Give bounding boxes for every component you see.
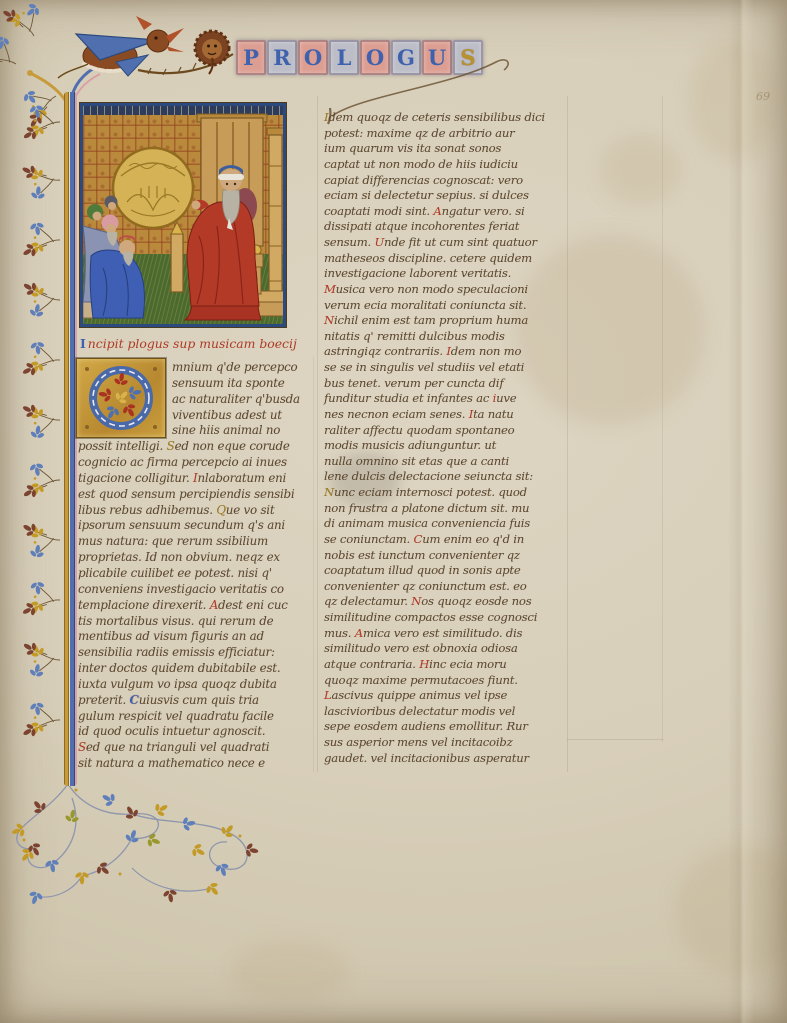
ivy-spray (18, 101, 62, 148)
text-line: tis mortalibus visus. qui rerum de (78, 614, 316, 630)
text-line: preterit. Cuiusvis cum quis tria (78, 693, 316, 709)
ruling-line (567, 739, 663, 740)
text-line: captat ut non modo de hiis iudiciu (324, 157, 572, 173)
title-prologus: PROLOGUS (236, 40, 483, 75)
text-line: matheseos discipline. cetere quidem (324, 251, 572, 267)
ivy-spray (0, 0, 49, 45)
bottom-flourish (10, 775, 260, 906)
text-line: gulum respicit vel quadratu facile (78, 709, 316, 725)
text-line: verum ecia moralitati coniuncta sit. (324, 298, 572, 314)
ivy-sprays (0, 0, 65, 746)
text-line: capiat differencias cognoscat: vero (324, 173, 572, 189)
text-column-right: Idem quoqz de ceteris sensibilibus dicip… (324, 110, 572, 766)
text-line: conveniens investigacio veritatis co (78, 582, 316, 598)
text-line: funditur studia et infantes ac iuve (324, 391, 572, 407)
border-bar (64, 92, 77, 786)
ruling-line (662, 96, 663, 742)
text-line: Sed que na trianguli vel quadrati (78, 740, 316, 756)
parchment-stain (230, 940, 350, 1000)
text-line: eciam si delectetur sepius. si dulces (324, 188, 572, 204)
text-line: se coniunctam. Cum enim eo q'd in (324, 532, 572, 548)
title-letter: P (236, 40, 266, 75)
title-letter: S (453, 40, 483, 75)
ivy-spray (18, 274, 62, 321)
ivy-spray (0, 27, 26, 84)
text-line: similitudo vero est obnoxia odiosa (324, 641, 572, 657)
ivy-spray (18, 698, 63, 746)
ivy-spray (17, 394, 63, 443)
text-line: Musica vero non modo speculacioni (324, 282, 572, 298)
miniature-boethius-teaching (80, 103, 286, 327)
text-line: investigacione laborent veritatis. (324, 266, 572, 282)
text-line: lene dulcis delectacione seiuncta sit: (324, 469, 572, 485)
ivy-spray (16, 155, 63, 205)
text-line: est quod sensum percipiendis sensibi (78, 487, 316, 503)
text-line: gaudet. vel incitacionibus asperatur (324, 751, 572, 767)
rubric-initial: I (80, 336, 86, 351)
text-line: tigacione colligitur. Inlaboratum eni (78, 471, 316, 487)
miniature-figures (83, 106, 283, 324)
text-line: mus. Amica vero est similitudo. dis (324, 626, 572, 642)
rubric-text: ncipit plogus sup musicam boecij (88, 336, 297, 351)
text-line: sensibilia radiis emissis efficiatur: (78, 645, 316, 661)
title-letter: O (360, 40, 390, 75)
text-line: atque contraria. Hinc ecia moru (324, 657, 572, 673)
parchment-stain (600, 135, 680, 205)
text-line: possit intelligi. Sed non eque corude (78, 439, 316, 455)
ruling-line (317, 96, 318, 772)
text-line: nitatis q' remitti dulcibus modis (324, 329, 572, 345)
text-line: proprietas. Id non obvium. neqz ex (78, 550, 316, 566)
text-line: di animam musica conveniencia fuis (324, 516, 572, 532)
text-line: qz delectamur. Nos quoqz eosde nos (324, 594, 572, 610)
text-line: sensum. Unde fit ut cum sint quatuor (324, 235, 572, 251)
text-line: sensuum ita sponte (172, 376, 316, 392)
text-line: non frustra a platone dictum sit. mu (324, 501, 572, 517)
text-line: lascivioribus delectatur modis vel (324, 704, 572, 720)
text-line: nobis est iunctum convenienter qz (324, 548, 572, 564)
dragon (58, 16, 233, 78)
page-crease (728, 0, 754, 1023)
text-line: quoqz maxime permutacoes fiunt. (324, 673, 572, 689)
text-line: bus tenet. verum per cuncta dif (324, 376, 572, 392)
text-line: viventibus adest ut (172, 408, 316, 424)
title-letter: G (391, 40, 421, 75)
text-line: Nunc eciam internosci potest. quod (324, 485, 572, 501)
text-line: id quod oculis intuetur agnoscit. (78, 724, 316, 740)
parchment-stain (675, 845, 787, 975)
ivy-spray (18, 218, 63, 266)
gold-disc (113, 148, 193, 228)
text-line: plicabile cuilibet ee potest. nisi q' (78, 566, 316, 582)
text-line: dissipati atque incohorentes feriat (324, 219, 572, 235)
manuscript-page: 69 (0, 0, 787, 1023)
text-line: inter doctos quidem dubitabile est. (78, 661, 316, 677)
text-line: nes necnon eciam senes. Ita natu (324, 407, 572, 423)
ivy-spray (15, 81, 65, 134)
text-line: mentibus ad visum figuris an ad (78, 629, 316, 645)
text-line: modis musicis adiunguntur. ut (324, 438, 572, 454)
ivy-spray (17, 576, 63, 625)
lion-mask-icon (195, 31, 229, 74)
text-line: Lascivus quippe animus vel ipse (324, 688, 572, 704)
folio-number: 69 (756, 90, 770, 103)
text-line: ac naturaliter q'busda (172, 392, 316, 408)
ivy-spray (18, 514, 63, 562)
text-line: potest: maxime qz de arbitrio aur (324, 126, 572, 142)
text-column-left: mnium q'de percepcosensuum ita sponteac … (78, 360, 316, 772)
text-line: cognicio ac firma percepcio ai inues (78, 455, 316, 471)
text-line: convenienter qz coniunctum est. eo (324, 579, 572, 595)
text-line: iuxta vulgum vo ipsa quoqz dubita (78, 677, 316, 693)
text-line: Idem quoqz de ceteris sensibilibus dici (324, 110, 572, 126)
text-line: ipsorum sensuum secundum q's ani (78, 518, 316, 534)
text-line: astringiqz contrariis. Idem non mo (324, 344, 572, 360)
rubric-incipit: Incipit plogus sup musicam boecij (80, 336, 297, 351)
text-line: se se in singulis vel studiis vel etati (324, 360, 572, 376)
text-line: sine hiis animal no (172, 423, 316, 439)
title-letter: L (329, 40, 359, 75)
text-line: libus rebus adhibemus. Que vo sit (78, 503, 316, 519)
text-line: raliter affectu quodam spontaneo (324, 423, 572, 439)
ivy-spray (18, 634, 62, 681)
text-line: sit natura a mathematico nece e (78, 756, 316, 772)
title-letter: O (298, 40, 328, 75)
text-line: sepe eosdem audiens emollitur. Rur (324, 719, 572, 735)
text-line: coaptatum illud quod in sonis apte (324, 563, 572, 579)
ivy-spray (17, 336, 63, 385)
text-line: similitudine compactos esse cognosci (324, 610, 572, 626)
text-line: ium quarum vis ita sonat sonos (324, 141, 572, 157)
title-letter: U (422, 40, 452, 75)
text-line: mus natura: que rerum ssibilium (78, 534, 316, 550)
title-letter: R (267, 40, 297, 75)
text-line: nulla omnino sit etas que a canti (324, 454, 572, 470)
text-line: Nichil enim est tam proprium huma (324, 313, 572, 329)
text-line: templacione direxerit. Adest eni cuc (78, 598, 316, 614)
text-line: sus asperior mens vel incitacoibz (324, 735, 572, 751)
ivy-spray (18, 459, 62, 506)
text-line: coaptati modi sint. Angatur vero. si (324, 204, 572, 220)
text-line: mnium q'de percepco (172, 360, 316, 376)
